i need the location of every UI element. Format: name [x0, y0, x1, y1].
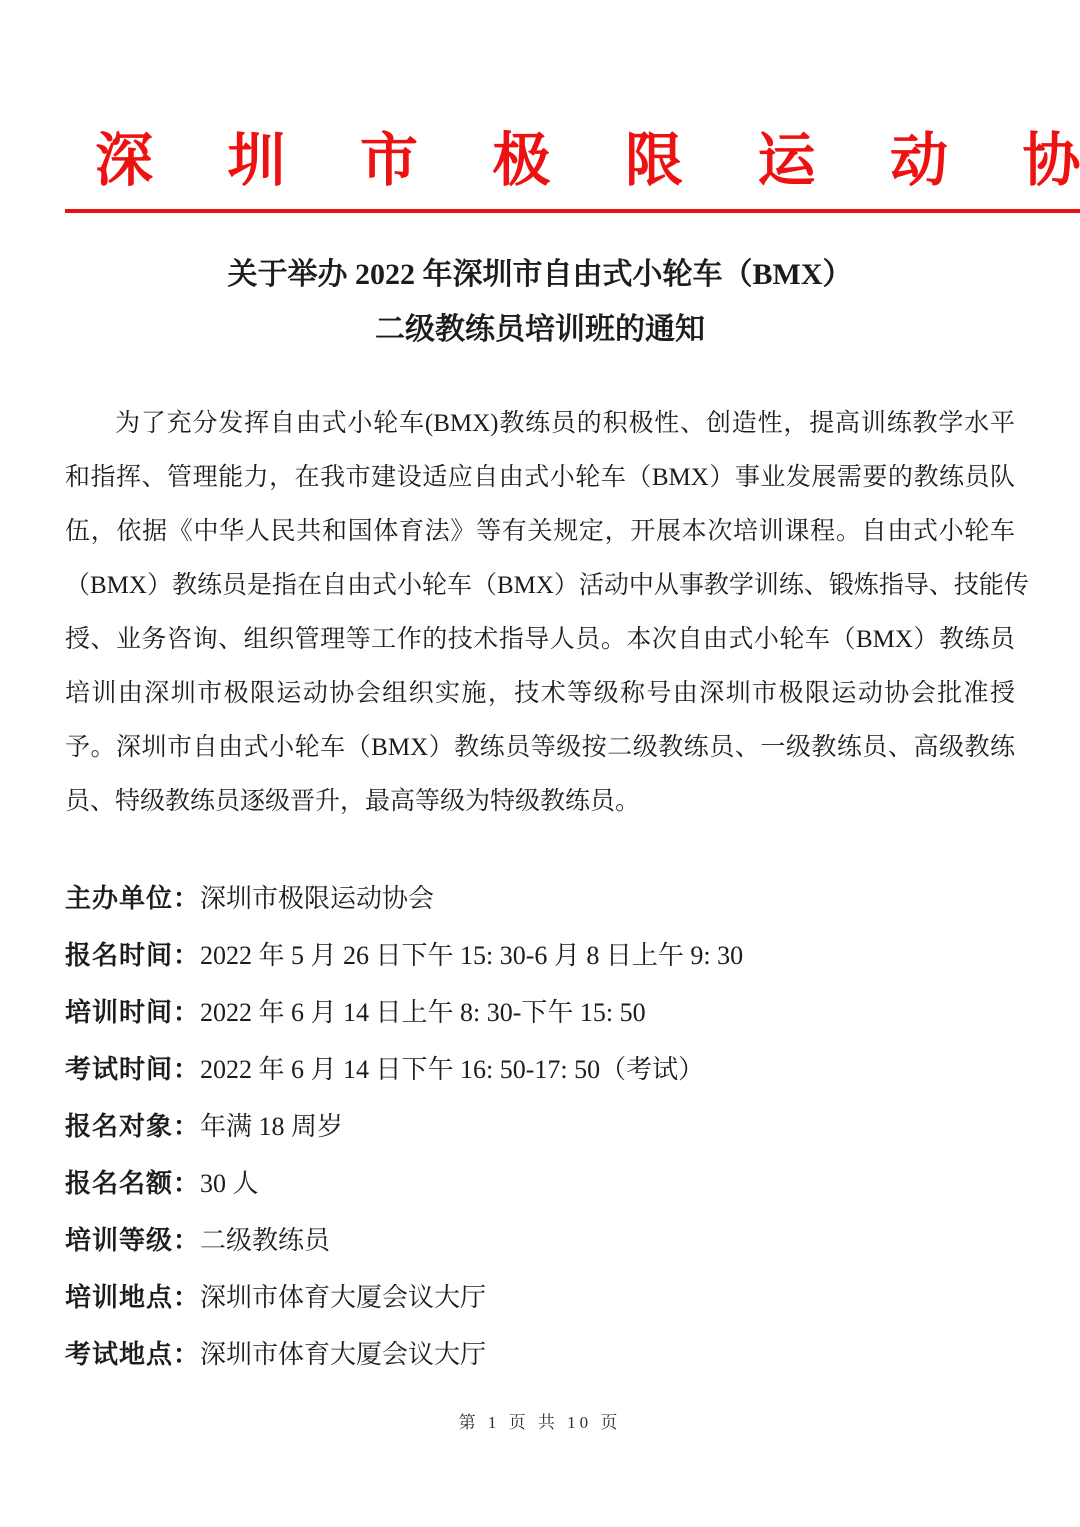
association-title: 深 圳 市 极 限 运 动 协 会: [65, 128, 1080, 213]
info-row-exam-venue: 考试地点：深圳市体育大厦会议大厅: [65, 1341, 1015, 1368]
info-row-eligibility: 报名对象：年满 18 周岁: [65, 1113, 1015, 1140]
info-row-organizer: 主办单位：深圳市极限运动协会: [65, 885, 1015, 912]
info-value: 2022 年 5 月 26 日下午 15: 30-6 月 8 日上午 9: 30: [200, 941, 743, 970]
info-label: 培训时间：: [65, 998, 200, 1027]
body-line: 员、特级教练员逐级晋升，最高等级为特级教练员。: [65, 775, 1015, 829]
body-line: 伍，依据《中华人民共和国体育法》等有关规定，开展本次培训课程。自由式小轮车: [65, 505, 1015, 559]
body-line: 予。深圳市自由式小轮车（BMX）教练员等级按二级教练员、一级教练员、高级教练: [65, 721, 1015, 775]
info-value: 年满 18 周岁: [200, 1112, 343, 1141]
info-value: 30 人: [200, 1169, 259, 1198]
info-label: 报名时间：: [65, 941, 200, 970]
info-value: 深圳市体育大厦会议大厅: [200, 1283, 486, 1312]
info-label: 报名名额：: [65, 1169, 200, 1198]
info-value: 二级教练员: [200, 1226, 330, 1255]
info-label: 培训地点：: [65, 1283, 200, 1312]
notice-subtitle-line2: 二级教练员培训班的通知: [65, 302, 1015, 357]
body-line: 培训由深圳市极限运动协会组织实施，技术等级称号由深圳市极限运动协会批准授: [65, 667, 1015, 721]
info-value: 深圳市极限运动协会: [200, 884, 434, 913]
notice-info-list: 主办单位：深圳市极限运动协会 报名时间：2022 年 5 月 26 日下午 15…: [65, 885, 1015, 1368]
notice-subtitle-line1: 关于举办 2022 年深圳市自由式小轮车（BMX）: [65, 247, 1015, 302]
info-label: 主办单位：: [65, 884, 200, 913]
body-line: 和指挥、管理能力，在我市建设适应自由式小轮车（BMX）事业发展需要的教练员队: [65, 451, 1015, 505]
association-masthead: 深 圳 市 极 限 运 动 协 会: [65, 128, 1015, 213]
info-row-quota: 报名名额：30 人: [65, 1170, 1015, 1197]
info-value: 深圳市体育大厦会议大厅: [200, 1340, 486, 1369]
info-label: 考试时间：: [65, 1055, 200, 1084]
info-value: 2022 年 6 月 14 日下午 16: 50-17: 50（考试）: [200, 1055, 704, 1084]
body-line: 授、业务咨询、组织管理等工作的技术指导人员。本次自由式小轮车（BMX）教练员: [65, 613, 1015, 667]
info-row-exam-time: 考试时间：2022 年 6 月 14 日下午 16: 50-17: 50（考试）: [65, 1056, 1015, 1083]
notice-document-page: 深 圳 市 极 限 运 动 协 会 关于举办 2022 年深圳市自由式小轮车（B…: [0, 0, 1080, 1527]
info-label: 报名对象：: [65, 1112, 200, 1141]
info-value: 2022 年 6 月 14 日上午 8: 30-下午 15: 50: [200, 998, 646, 1027]
info-row-training-level: 培训等级：二级教练员: [65, 1227, 1015, 1254]
page-number-footer: 第 1 页 共 10 页: [0, 1408, 1080, 1433]
info-label: 考试地点：: [65, 1340, 200, 1369]
notice-body-paragraph: 为了充分发挥自由式小轮车(BMX)教练员的积极性、创造性，提高训练教学水平 和指…: [65, 397, 1015, 829]
info-row-training-venue: 培训地点：深圳市体育大厦会议大厅: [65, 1284, 1015, 1311]
body-line: 为了充分发挥自由式小轮车(BMX)教练员的积极性、创造性，提高训练教学水平: [65, 397, 1015, 451]
body-line: （BMX）教练员是指在自由式小轮车（BMX）活动中从事教学训练、锻炼指导、技能传: [65, 559, 1015, 613]
info-row-registration-time: 报名时间：2022 年 5 月 26 日下午 15: 30-6 月 8 日上午 …: [65, 942, 1015, 969]
info-label: 培训等级：: [65, 1226, 200, 1255]
info-row-training-time: 培训时间：2022 年 6 月 14 日上午 8: 30-下午 15: 50: [65, 999, 1015, 1026]
